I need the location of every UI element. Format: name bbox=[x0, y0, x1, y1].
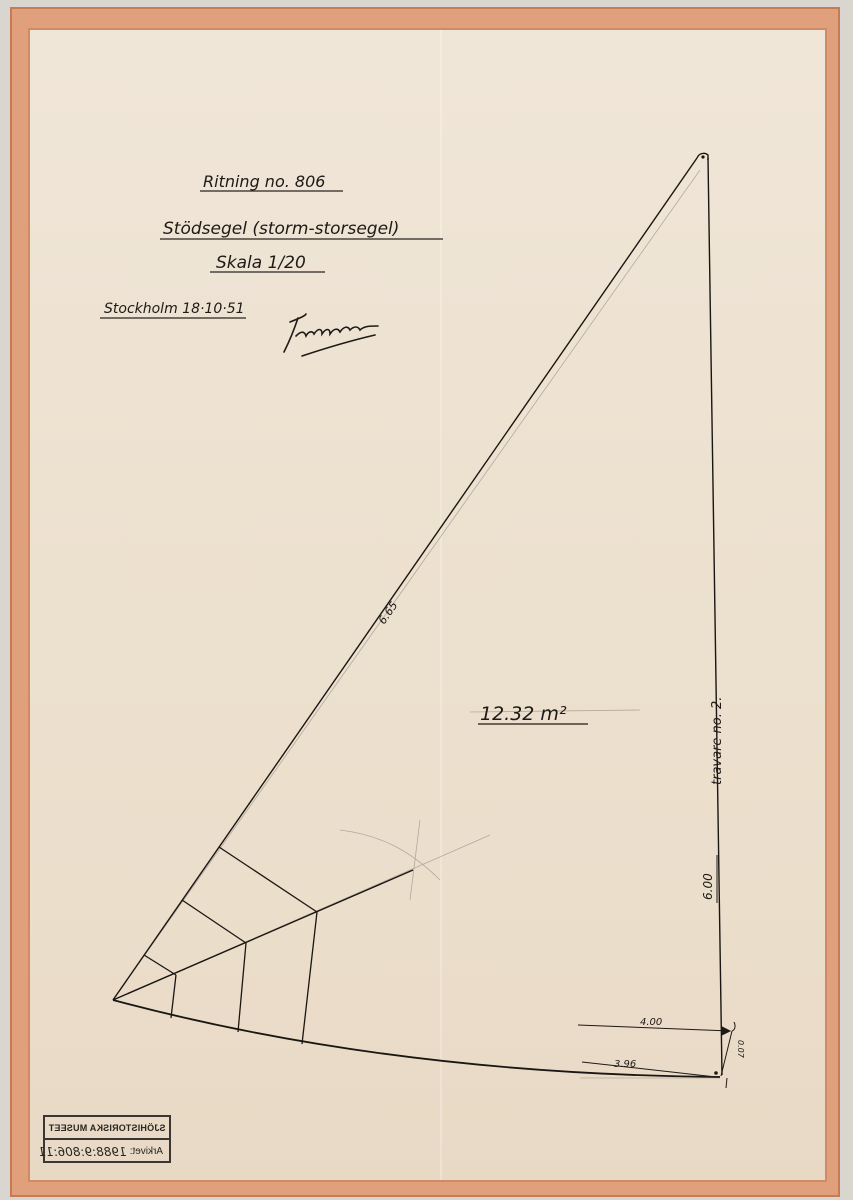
head-grommet-icon bbox=[701, 155, 704, 158]
luff-dimension: 6.65 bbox=[376, 599, 401, 627]
sail-plan-drawing: Ritning no. 806 Stödsegel (storm-storseg… bbox=[0, 0, 853, 1200]
leech-label: travare no. 2. bbox=[710, 697, 725, 785]
clew-grommet-icon bbox=[714, 1071, 718, 1075]
drawing-sheet: Ritning no. 806 Stödsegel (storm-storseg… bbox=[0, 0, 853, 1200]
drawing-number: Ritning no. 806 bbox=[203, 172, 325, 191]
foot-lower-dimension: 3.96 bbox=[614, 1059, 636, 1070]
stamp-archive-row: Arkivet: 1988:9:806:11 bbox=[45, 1140, 169, 1163]
leech-dimension: 6.00 bbox=[701, 873, 715, 900]
sail-title: Stödsegel (storm-storsegel) bbox=[163, 219, 399, 239]
stamp-institution: SJÖHISTORISKA MUSEET bbox=[45, 1117, 169, 1140]
stamp-archive-label: Arkivet: bbox=[130, 1146, 163, 1157]
sail-area: 12.32 m² bbox=[480, 703, 567, 725]
museum-archive-stamp: SJÖHISTORISKA MUSEET Arkivet: 1988:9:806… bbox=[43, 1115, 171, 1163]
signature bbox=[284, 314, 378, 356]
sail-outline bbox=[113, 153, 722, 1077]
clew-offset-dimension: 0.07 bbox=[736, 1040, 745, 1059]
foot-upper-dimension: 4.00 bbox=[640, 1017, 662, 1028]
scale-label: Skala 1/20 bbox=[216, 253, 306, 273]
stamp-archive-number: 1988:9:806:11 bbox=[38, 1145, 126, 1159]
place-date: Stockholm 18·10·51 bbox=[104, 301, 245, 317]
